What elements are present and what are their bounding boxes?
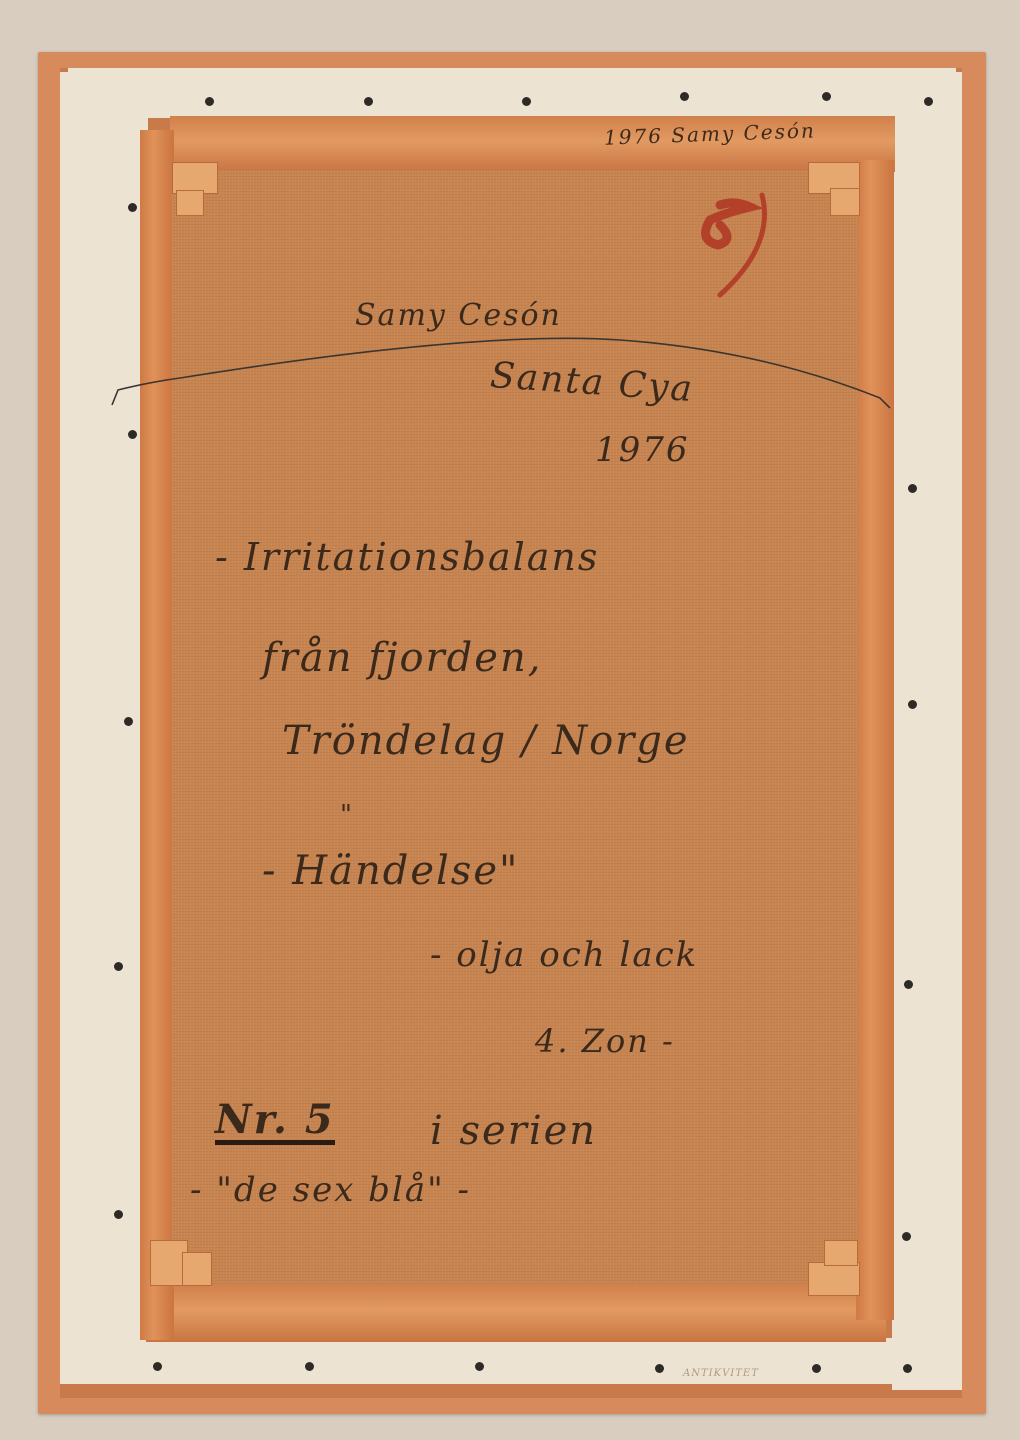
red-catalog-mark: [680, 185, 780, 300]
title-line-3: Tröndelag / Norge: [282, 718, 690, 764]
series-text: i serien: [430, 1108, 597, 1154]
title-line-2: från fjorden,: [262, 635, 542, 681]
faint-stamp: ANTIKVITET: [683, 1368, 759, 1379]
year-text: 1976: [595, 430, 690, 470]
subtitle-text: - Händelse": [262, 848, 519, 894]
ditto-mark: ": [340, 800, 354, 830]
series-number: Nr. 5: [215, 1100, 335, 1145]
series-name: - "de sex blå" -: [190, 1170, 471, 1210]
title-line-1: - Irritationsbalans: [215, 535, 599, 579]
date-text: 4. Zon -: [535, 1022, 675, 1060]
signature: Samy Cesón: [355, 298, 562, 333]
medium-text: - olja och lack: [430, 935, 698, 975]
